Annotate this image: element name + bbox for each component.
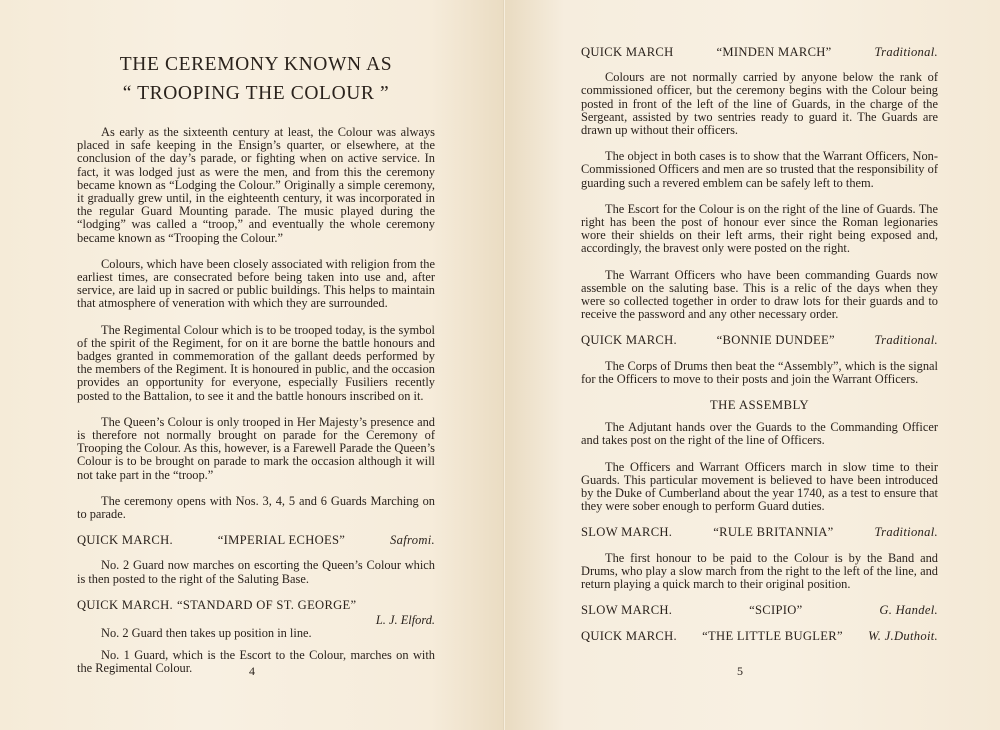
booklet-spread: THE CEREMONY KNOWN AS “ TROOPING THE COL… — [0, 0, 1000, 730]
march-type: QUICK MARCH — [581, 46, 674, 59]
march-tune: “STANDARD OF ST. GEORGE” — [177, 599, 356, 612]
march-tune: “IMPERIAL ECHOES” — [173, 534, 390, 547]
march-composer: Traditional. — [875, 46, 938, 59]
march-tune: “BONNIE DUNDEE” — [677, 334, 875, 347]
march-type: QUICK MARCH. — [581, 334, 677, 347]
march-entry: QUICK MARCH. “STANDARD OF ST. GEORGE” — [77, 599, 435, 612]
march-type: QUICK MARCH. — [581, 630, 677, 643]
march-type: SLOW MARCH. — [581, 604, 672, 617]
march-entry: QUICK MARCH. “IMPERIAL ECHOES” Safromi. — [77, 534, 435, 547]
paragraph-history: As early as the sixteenth century at lea… — [77, 126, 435, 245]
paragraph-escort: The Escort for the Colour is on the righ… — [581, 203, 938, 256]
march-tune: “MINDEN MARCH” — [674, 46, 875, 59]
page-left: THE CEREMONY KNOWN AS “ TROOPING THE COL… — [0, 0, 505, 730]
paragraph-religion: Colours, which have been closely associa… — [77, 258, 435, 311]
paragraph-drums: The Corps of Drums then beat the “Assemb… — [581, 360, 938, 386]
title-line-1: THE CEREMONY KNOWN AS — [77, 50, 435, 79]
march-type: QUICK MARCH. — [77, 534, 173, 547]
march-entry: SLOW MARCH. “SCIPIO” G. Handel. — [581, 604, 938, 617]
march-composer: Traditional. — [875, 334, 938, 347]
march-tune: “THE LITTLE BUGLER” — [677, 630, 868, 643]
paragraph-opening: The ceremony opens with Nos. 3, 4, 5 and… — [77, 495, 435, 521]
paragraph-slow-time: The Officers and Warrant Officers march … — [581, 461, 938, 514]
page-number: 4 — [242, 664, 262, 679]
paragraph-colours-carried: Colours are not normally carried by anyo… — [581, 71, 938, 137]
march-entry: QUICK MARCH “MINDEN MARCH” Traditional. — [581, 46, 938, 59]
page-left-content: THE CEREMONY KNOWN AS “ TROOPING THE COL… — [77, 50, 435, 688]
march-type: SLOW MARCH. — [581, 526, 672, 539]
paragraph-queens-colour: The Queen’s Colour is only trooped in He… — [77, 416, 435, 482]
march-entry: QUICK MARCH. “BONNIE DUNDEE” Traditional… — [581, 334, 938, 347]
march-composer: G. Handel. — [879, 604, 938, 617]
paragraph-adjutant: The Adjutant hands over the Guards to th… — [581, 421, 938, 447]
paragraph-object: The object in both cases is to show that… — [581, 150, 938, 190]
page-title: THE CEREMONY KNOWN AS “ TROOPING THE COL… — [77, 50, 435, 108]
page-right-content: QUICK MARCH “MINDEN MARCH” Traditional. … — [581, 46, 938, 655]
march-entry: QUICK MARCH. “THE LITTLE BUGLER” W. J.Du… — [581, 630, 938, 643]
march-type: QUICK MARCH. — [77, 599, 173, 612]
march-composer: Safromi. — [390, 534, 435, 547]
section-heading-assembly: THE ASSEMBLY — [581, 399, 938, 412]
title-line-2: “ TROOPING THE COLOUR ” — [77, 79, 435, 108]
paragraph-no2-guard: No. 2 Guard now marches on escorting the… — [77, 559, 435, 585]
march-tune: “RULE BRITANNIA” — [672, 526, 874, 539]
paragraph-no2-position: No. 2 Guard then takes up position in li… — [77, 627, 435, 640]
march-tune: “SCIPIO” — [672, 604, 879, 617]
march-entry: SLOW MARCH. “RULE BRITANNIA” Traditional… — [581, 526, 938, 539]
paragraph-first-honour: The first honour to be paid to the Colou… — [581, 552, 938, 592]
paragraph-warrant-officers: The Warrant Officers who have been comma… — [581, 269, 938, 322]
page-number: 5 — [730, 664, 750, 679]
page-right: QUICK MARCH “MINDEN MARCH” Traditional. … — [505, 0, 1000, 730]
march-composer: Traditional. — [875, 526, 938, 539]
march-composer: W. J.Duthoit. — [868, 630, 938, 643]
paragraph-regimental-colour: The Regimental Colour which is to be tro… — [77, 324, 435, 403]
